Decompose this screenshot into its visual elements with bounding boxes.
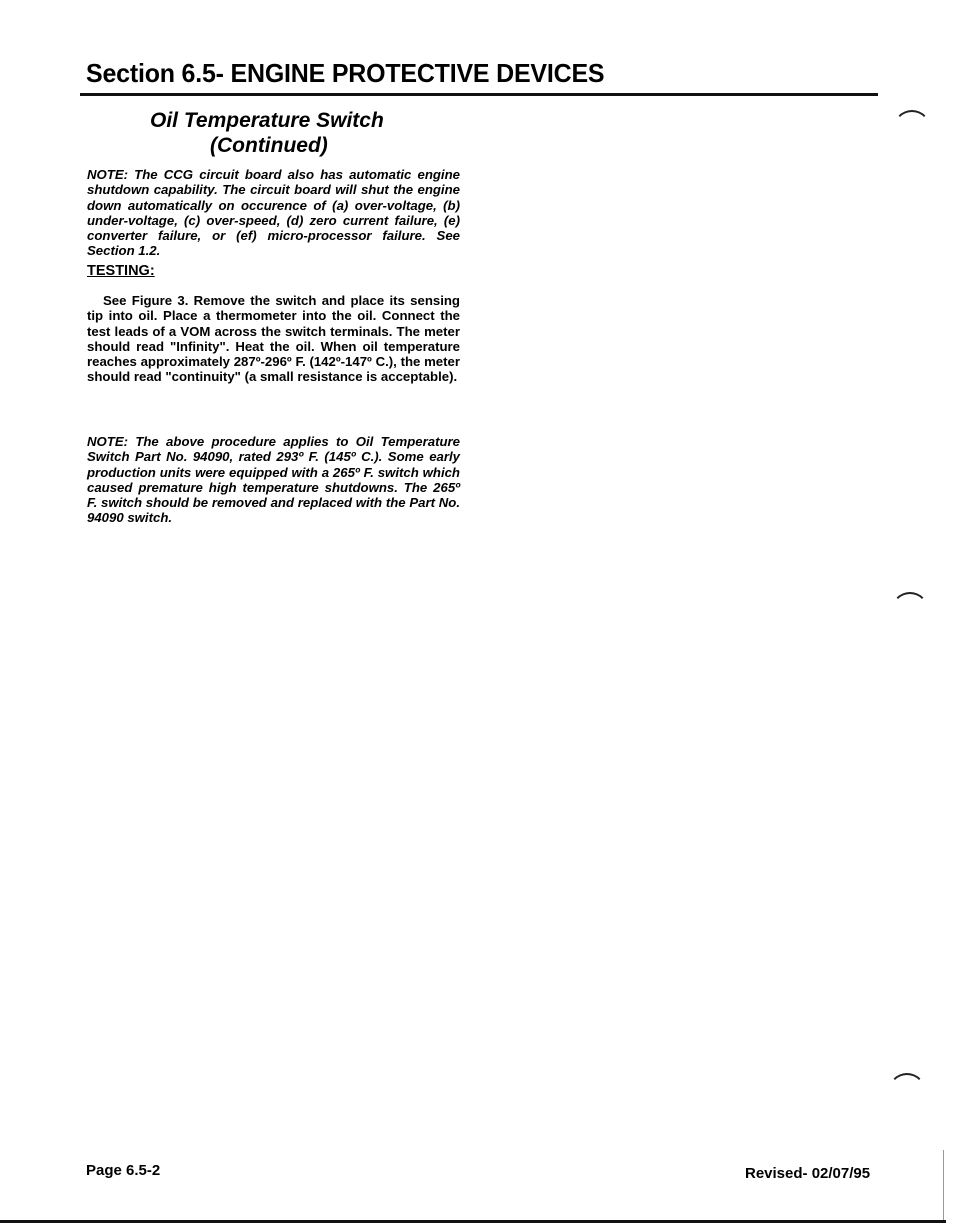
section-title: Section 6.5- ENGINE PROTECTIVE DEVICES [86, 58, 604, 89]
punch-hole-mark [893, 110, 931, 148]
subtitle-line-1: Oil Temperature Switch [150, 109, 384, 132]
page-number: Page 6.5-2 [86, 1162, 160, 1179]
punch-hole-mark [888, 1073, 926, 1111]
revised-date: Revised- 02/07/95 [745, 1165, 870, 1182]
note-part-number: NOTE: The above procedure applies to Oil… [87, 434, 460, 526]
testing-body: See Figure 3. Remove the switch and plac… [87, 293, 460, 385]
title-rule [80, 93, 878, 96]
punch-hole-mark [891, 592, 929, 630]
subtitle: Oil Temperature Switch (Continued) [150, 108, 384, 158]
note-circuit-board: NOTE: The CCG circuit board also has aut… [87, 167, 460, 259]
page-edge-mark [943, 1150, 944, 1220]
subtitle-line-2: (Continued) [150, 133, 384, 158]
bottom-rule [0, 1220, 946, 1223]
testing-paragraph: See Figure 3. Remove the switch and plac… [87, 293, 460, 385]
testing-heading: TESTING: [87, 263, 155, 279]
